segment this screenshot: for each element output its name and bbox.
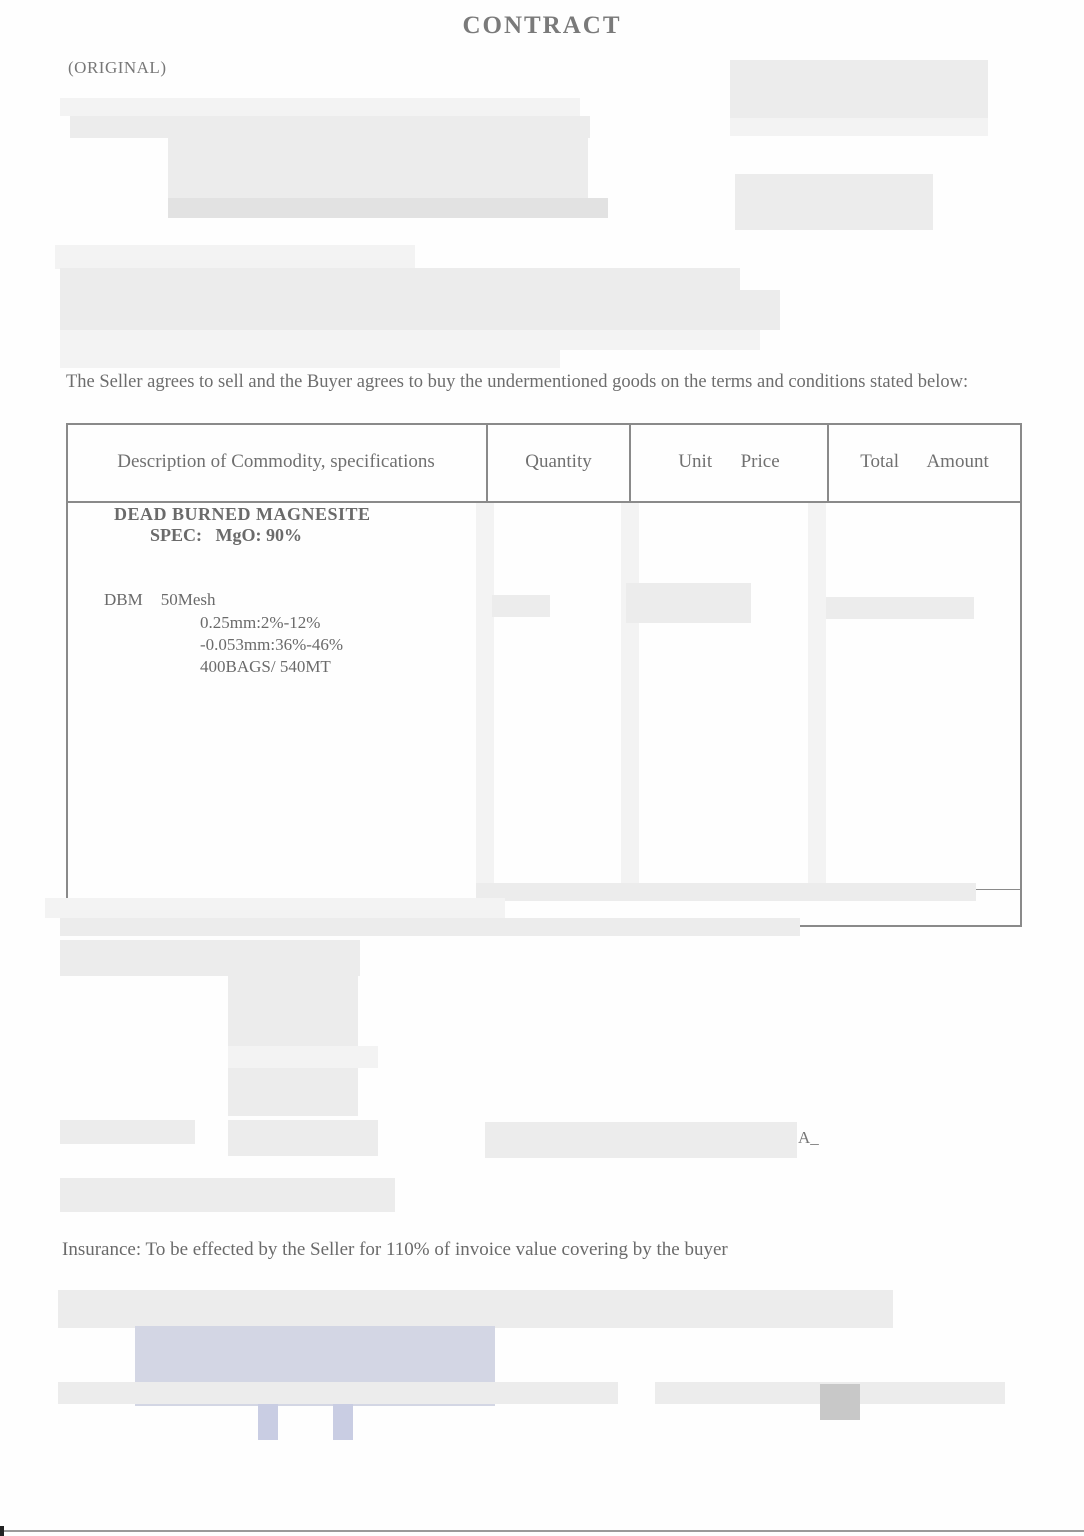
redacted-contract-number <box>730 60 988 118</box>
redacted-stamp <box>258 1400 278 1440</box>
redacted-block <box>60 268 740 290</box>
page-bottom-rule <box>0 1530 1084 1532</box>
redacted-block <box>55 245 415 269</box>
redacted-stamp <box>333 1400 353 1440</box>
redacted-total-row <box>476 883 976 901</box>
product-grade: DBM <box>104 590 143 609</box>
document-title: CONTRACT <box>0 12 1084 40</box>
insurance-clause: Insurance: To be effected by the Seller … <box>62 1239 728 1261</box>
page-corner-mark <box>0 1526 4 1536</box>
redacted-block <box>60 940 360 976</box>
redacted-block <box>168 198 608 218</box>
redacted-signature <box>820 1384 860 1420</box>
size-line: 400BAGS/ 540MT <box>200 657 331 677</box>
table-rule <box>976 889 1022 890</box>
redacted-block <box>60 330 760 350</box>
redacted-block <box>228 1120 378 1156</box>
intro-paragraph: The Seller agrees to sell and the Buyer … <box>66 370 1026 395</box>
header-total-amount: Total Amount <box>829 451 1020 473</box>
product-spec: SPEC: MgO: 90% <box>150 525 302 546</box>
redacted-date <box>735 174 933 230</box>
goods-table: Description of Commodity, specifications… <box>66 423 1022 927</box>
table-header-divider <box>66 501 1022 503</box>
redacted-block <box>60 290 780 330</box>
redacted-block <box>70 116 590 138</box>
product-name: DEAD BURNED MAGNESITE <box>114 504 371 525</box>
product-grade-line: DBM50Mesh <box>104 590 216 610</box>
size-line: 0.25mm:2%-12% <box>200 613 320 633</box>
redacted-block <box>60 1120 195 1144</box>
redacted-unit-price <box>626 583 751 623</box>
redacted-total-amount <box>826 597 974 619</box>
redacted-column <box>808 503 826 893</box>
redacted-block <box>485 1122 797 1158</box>
redacted-column <box>476 503 494 893</box>
text-fragment: A_ <box>798 1128 819 1148</box>
redacted-block <box>60 1178 395 1212</box>
table-border-left <box>66 423 68 899</box>
header-unit-price: Unit Price <box>631 451 827 473</box>
header-description: Description of Commodity, specifications <box>66 451 486 473</box>
redacted-block <box>45 898 505 918</box>
copy-label: (ORIGINAL) <box>68 58 166 78</box>
redacted-block <box>730 118 988 136</box>
redacted-block <box>60 98 580 116</box>
size-line: -0.053mm:36%-46% <box>200 635 343 655</box>
product-mesh: 50Mesh <box>161 590 216 609</box>
table-border-top <box>66 423 1022 425</box>
redacted-column <box>621 503 639 893</box>
redacted-block <box>228 1046 378 1068</box>
table-border-right <box>1020 423 1022 927</box>
redacted-block <box>58 1382 618 1404</box>
redacted-quantity <box>492 595 550 617</box>
redacted-block <box>60 350 560 368</box>
redacted-block <box>60 918 800 936</box>
header-quantity: Quantity <box>488 451 629 473</box>
redacted-block <box>58 1290 893 1328</box>
